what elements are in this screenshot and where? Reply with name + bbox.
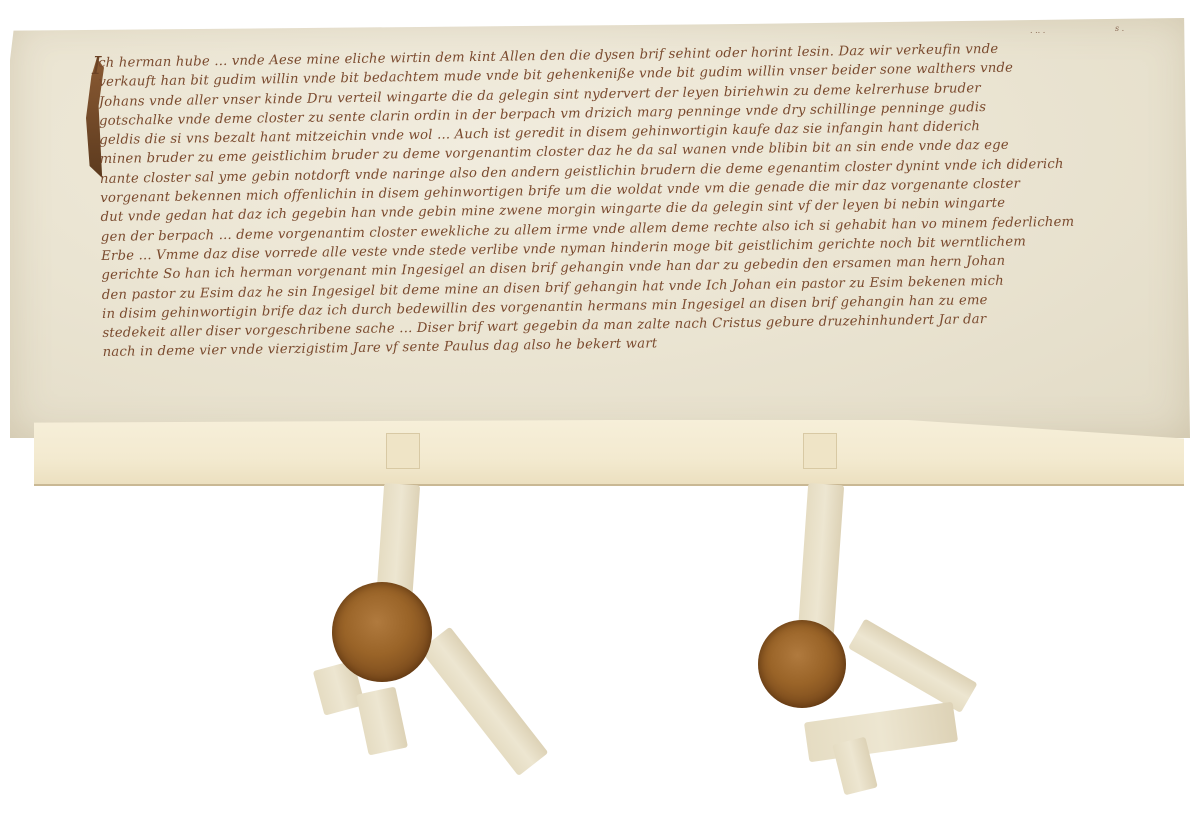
wax-seal-right: Seal of Johan, pastor zu Esim <box>758 620 846 708</box>
folded-plica <box>34 420 1184 486</box>
marginal-mark: . .. . <box>1030 26 1045 35</box>
seal-tag-slit <box>386 433 420 469</box>
parchment-tag <box>848 619 978 713</box>
charter-text: ch herman hube ... vnde Aese mine eliche… <box>98 38 1133 363</box>
wax-seal-left: Seal of Herman Hube <box>332 582 432 682</box>
parchment-tag <box>356 687 408 756</box>
seal-tag-slit <box>803 433 837 469</box>
parchment-tag <box>804 702 958 762</box>
parchment-tag <box>420 627 548 776</box>
parchment-tag <box>798 483 844 635</box>
marginal-mark: s . <box>1115 24 1124 33</box>
charter-image: . .. . s . I ch herman hube ... vnde Aes… <box>0 0 1200 813</box>
